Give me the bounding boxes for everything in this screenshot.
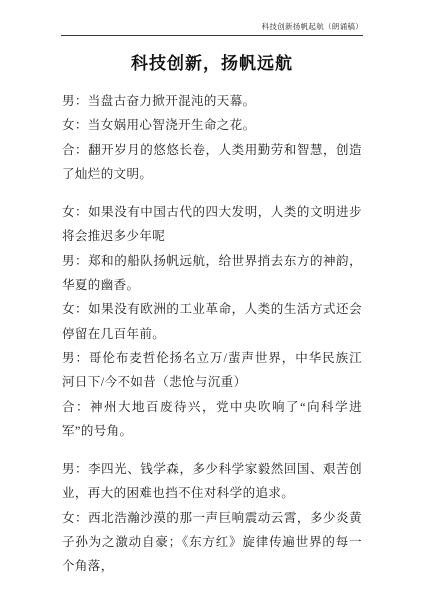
dialogue-line: 男：当盘古奋力掀开混沌的天幕。 <box>62 89 362 113</box>
document-page: 科技创新扬帆起航（朗诵稿） 科技创新，扬帆远航 男：当盘古奋力掀开混沌的天幕。 … <box>0 0 424 600</box>
dialogue-line: 男：哥伦布麦哲伦扬名立万/蜚声世界，中华民族江河日下/今不如昔（悲怆与沉重） <box>62 346 362 395</box>
paragraph-spacer <box>62 443 362 457</box>
dialogue-line: 男：郑和的船队扬帆远航，给世界捎去东方的神韵，华夏的幽香。 <box>62 249 362 298</box>
dialogue-block: 男：李四光、钱学森，多少科学家毅然回国、艰苦创业，再大的困难也挡不住对科学的追求… <box>62 457 362 578</box>
dialogue-line: 女：如果没有欧洲的工业革命，人类的生活方式还会停留在几百年前。 <box>62 297 362 346</box>
dialogue-line: 女：当女娲用心智浇开生命之花。 <box>62 113 362 137</box>
dialogue-line: 女：西北浩瀚沙漠的那一声巨响震动云霄，多少炎黄子孙为之激动自豪；《东方红》旋律传… <box>62 506 362 579</box>
document-title: 科技创新，扬帆远航 <box>62 52 362 76</box>
page-header-text: 科技创新扬帆起航（朗诵稿） <box>262 22 363 31</box>
dialogue-block: 男：当盘古奋力掀开混沌的天幕。 女：当女娲用心智浇开生命之花。 合：翻开岁月的悠… <box>62 89 362 186</box>
page-header: 科技创新扬帆起航（朗诵稿） <box>61 22 363 36</box>
dialogue-line: 合：翻开岁月的悠悠长卷，人类用勤劳和智慧，创造了灿烂的文明。 <box>62 138 362 187</box>
document-body: 科技创新，扬帆远航 男：当盘古奋力掀开混沌的天幕。 女：当女娲用心智浇开生命之花… <box>62 52 362 579</box>
dialogue-line: 合：神州大地百废待兴，党中央吹响了“向科学进军”的号角。 <box>62 395 362 444</box>
paragraph-spacer <box>62 186 362 200</box>
dialogue-line: 女：如果没有中国古代的四大发明，人类的文明进步将会推迟多少年呢 <box>62 200 362 249</box>
dialogue-line: 男：李四光、钱学森，多少科学家毅然回国、艰苦创业，再大的困难也挡不住对科学的追求… <box>62 457 362 506</box>
dialogue-block: 女：如果没有中国古代的四大发明，人类的文明进步将会推迟多少年呢 男：郑和的船队扬… <box>62 200 362 443</box>
